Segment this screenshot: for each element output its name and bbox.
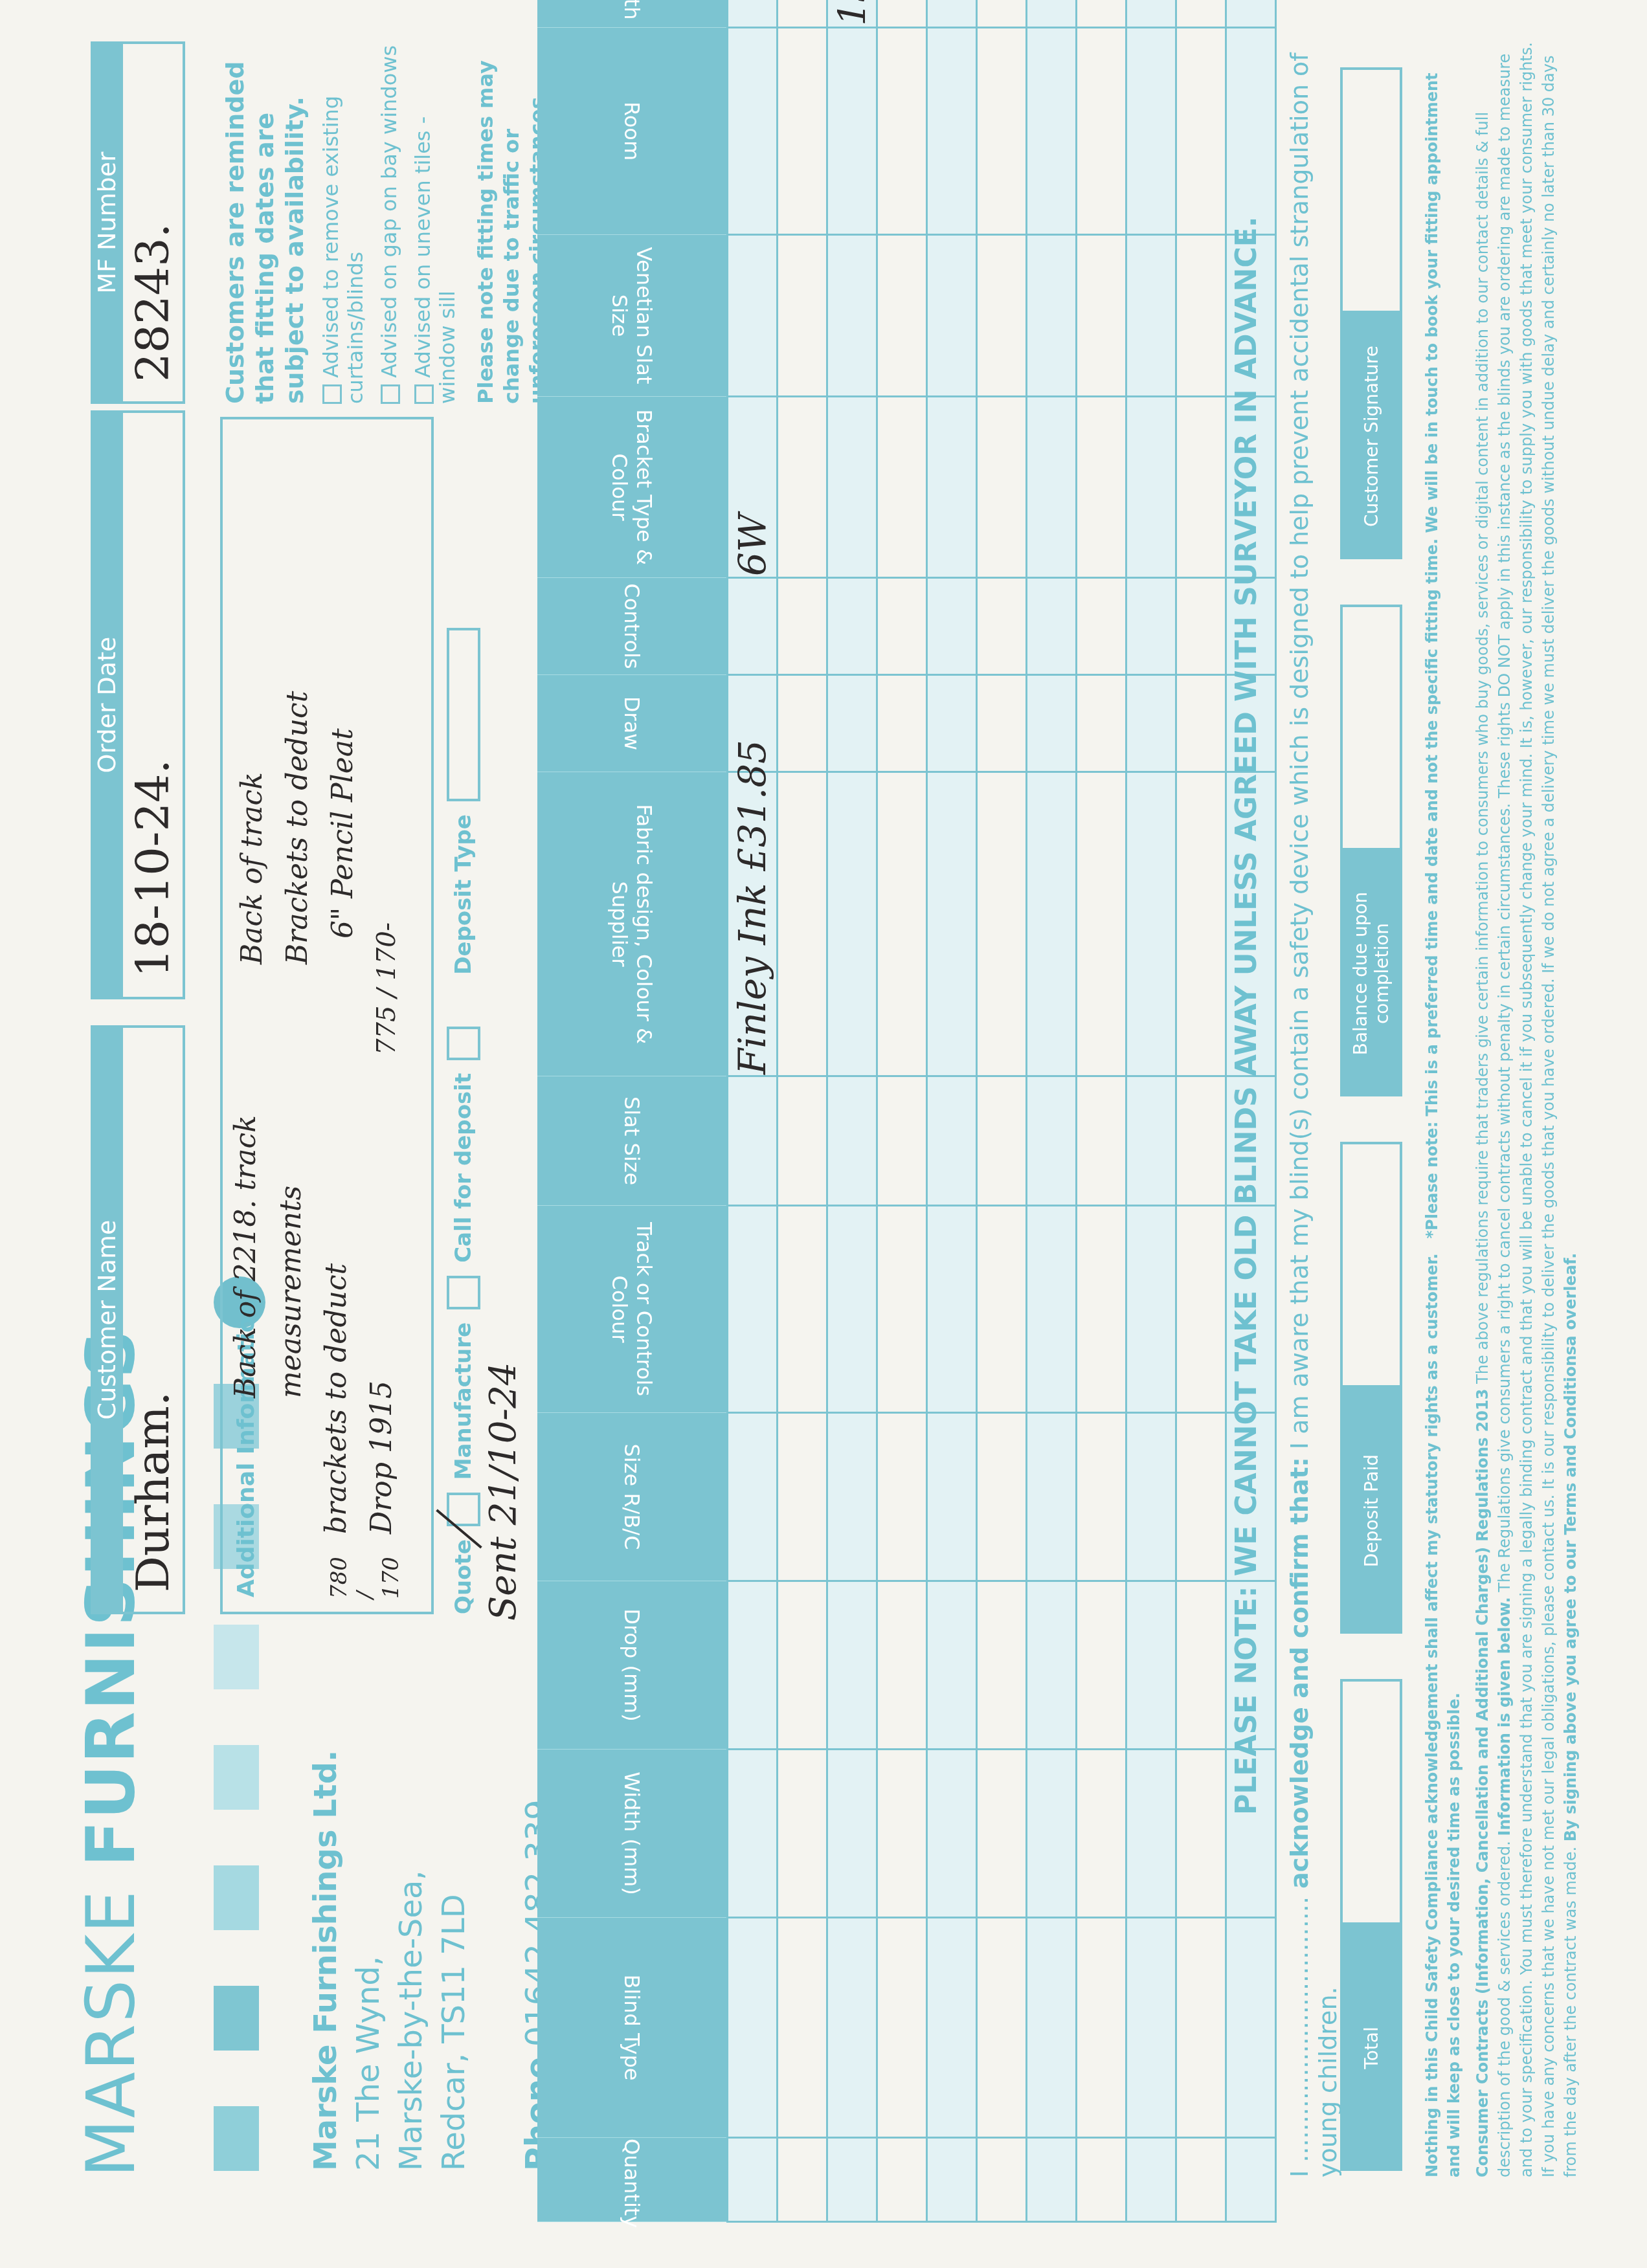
total-field[interactable] [1340,1679,1402,1925]
table-cell[interactable] [1126,2138,1176,2222]
table-cell[interactable] [877,1918,927,2138]
table-cell[interactable] [1126,28,1176,235]
option-label: Advised on gap on bay windows [377,45,401,378]
table-cell[interactable] [977,235,1027,397]
table-cell[interactable] [1176,397,1226,578]
table-cell[interactable] [1027,397,1077,578]
table-cell[interactable] [1027,1750,1077,1918]
column-header: Quantity [537,2138,728,2222]
column-header-label: Quantity [620,2139,644,2221]
table-cell[interactable] [1126,675,1176,772]
table-cell[interactable] [1027,1581,1077,1750]
table-cell[interactable] [877,28,927,235]
info-bold: Information is given below. [1496,1597,1514,1836]
table-cell[interactable] [1077,235,1126,397]
manufacture-label: Manufacture [451,1322,476,1480]
legal-text: Nothing in this Child Safety Compliance … [1421,41,1582,2177]
option-checkbox[interactable] [381,384,400,404]
table-cell[interactable] [1027,1413,1077,1581]
call-for-deposit-checkbox[interactable] [447,1027,480,1060]
table-cell[interactable] [977,1918,1027,2138]
table-cell[interactable] [977,1206,1027,1413]
table-cell[interactable] [778,28,827,235]
table-cell[interactable]: 13m. [827,0,877,28]
table-cell[interactable] [927,235,977,397]
table-cell[interactable] [927,772,977,1076]
table-cell[interactable] [1226,0,1276,28]
order-date-box: Order Date 18-10-24. [91,410,188,999]
table-cell[interactable] [1027,0,1077,28]
table-body: Finley Ink £31.856W£420-£492.0813m.£130- [728,0,1276,2222]
column-header: Drop (mm) [537,1581,728,1750]
table-cell[interactable] [1176,1750,1226,1918]
column-header-label: Venetian Slat Size [607,236,656,395]
table-cell[interactable] [827,1206,877,1413]
call-for-deposit-label: Call for deposit [451,1073,476,1263]
table-cell[interactable] [877,397,927,578]
table-cell[interactable] [1077,1076,1126,1206]
table-cell[interactable] [728,2138,778,2222]
column-header-label: Size R/B/C [620,1414,644,1580]
table-cell[interactable] [1126,1918,1176,2138]
table-cell[interactable] [778,397,827,578]
table-cell[interactable] [1176,2138,1226,2222]
table-cell[interactable] [778,1413,827,1581]
table-cell[interactable] [1126,397,1176,578]
table-cell[interactable] [1176,772,1226,1076]
table-cell[interactable] [1027,1918,1077,2138]
deposit-paid-box: Deposit Paid [1340,1142,1402,1634]
customer-name-field[interactable]: Durham. [123,1025,185,1614]
table-cell[interactable] [1077,0,1126,28]
deposit-paid-label: Deposit Paid [1340,1388,1402,1634]
address-line: 21 The Wynd, [347,1750,390,2171]
table-row [1027,0,1077,2222]
mf-number-label: MF Number [91,41,123,404]
column-header: Control Length [537,0,728,28]
ack-bold: acknowledge and confirm that: [1285,1457,1314,1889]
column-header-label: Drop (mm) [620,1582,644,1748]
company-address: Marske Furnishings Ltd. 21 The Wynd, Mar… [304,1750,475,2171]
table-cell[interactable] [877,2138,927,2222]
column-header: Width (mm) [537,1750,728,1918]
table-cell[interactable] [778,0,827,28]
column-header-label: Fabric design, Colour & Supplier [607,773,656,1075]
table-cell[interactable] [827,1750,877,1918]
table-cell[interactable] [728,235,778,397]
column-header: Room [537,28,728,235]
table-cell[interactable] [1176,0,1226,28]
reminder-heading: Customers are reminded that fitting date… [220,41,309,404]
table-cell[interactable] [877,1076,927,1206]
column-header-label: Slat Size [620,1077,644,1205]
table-cell[interactable] [927,397,977,578]
column-header: Draw [537,675,728,772]
deposit-type-field[interactable] [447,628,480,801]
table-cell[interactable] [827,397,877,578]
table-row: 13m.£130- [827,0,877,2222]
table-cell[interactable] [1077,28,1126,235]
table-cell[interactable] [927,1918,977,2138]
table-cell[interactable] [1126,235,1176,397]
table-cell[interactable] [1077,397,1126,578]
address-line: Redcar, TS11 7LD [432,1750,475,2171]
table-cell[interactable] [877,0,927,28]
column-header: Track or Controls Colour [537,1206,728,1413]
table-cell[interactable] [1027,675,1077,772]
table-row: Finley Ink £31.856W£420- [728,0,778,2222]
table-cell[interactable] [728,1413,778,1581]
regulations-title: Consumer Contracts (Information, Cancell… [1473,1389,1492,2177]
table-cell[interactable] [1077,1750,1126,1918]
column-header-label: Controls [620,579,644,674]
table-cell[interactable] [1027,772,1077,1076]
handwritten-note: Brackets to deduct [281,691,314,964]
table-cell[interactable] [778,578,827,675]
table-cell[interactable] [877,1206,927,1413]
table-cell[interactable]: 6W [728,397,778,578]
table-cell[interactable] [778,772,827,1076]
quote-label: Quote [451,1539,476,1614]
balance-label: Balance due upon completion [1340,850,1402,1096]
table-row [1126,0,1176,2222]
terms-agreement: By signing above you agree to our Terms … [1562,1253,1580,1842]
mf-number-box: MF Number 28243. [91,41,188,404]
column-header: Venetian Slat Size [537,235,728,397]
table-cell[interactable] [1027,235,1077,397]
statutory-rights-note: Nothing in this Child Safety Compliance … [1423,1253,1441,2177]
table-cell[interactable] [1176,675,1226,772]
table-cell[interactable] [827,2138,877,2222]
handwritten-note: Back of 2218. track [229,1115,262,1398]
table-cell[interactable] [1077,1581,1126,1750]
table-cell[interactable] [927,1750,977,1918]
column-header: Size R/B/C [537,1413,728,1581]
table-cell[interactable] [977,675,1027,772]
table-row [877,0,927,2222]
handwritten-note: measurements [274,1186,308,1398]
customer-name-label: Customer Name [91,1025,123,1614]
table-cell[interactable] [1027,2138,1077,2222]
table-cell[interactable] [877,1750,927,1918]
table-cell[interactable] [827,28,877,235]
manufacture-checkbox[interactable] [447,1276,480,1309]
table-cell[interactable] [927,675,977,772]
table-cell[interactable] [1176,1918,1226,2138]
column-header-label: Track or Controls Colour [607,1206,656,1412]
table-cell[interactable] [977,397,1027,578]
table-cell[interactable] [827,578,877,675]
handwritten-note: brackets to deduct [320,1263,353,1534]
table-cell[interactable] [977,28,1027,235]
column-header-label: Bracket Type & Colour [607,397,656,577]
table-cell[interactable] [728,1076,778,1206]
column-header-label: Room [620,28,644,234]
table-cell[interactable] [1027,1206,1077,1413]
signature-label: Customer Signature [1340,313,1402,559]
table-cell[interactable] [927,1206,977,1413]
option-checkbox[interactable] [322,384,342,404]
table-cell[interactable] [1126,1581,1176,1750]
table-cell[interactable] [927,28,977,235]
table-row [1077,0,1126,2222]
table-cell[interactable] [977,1750,1027,1918]
table-cell[interactable] [877,675,927,772]
column-header: Bracket Type & Colour [537,397,728,578]
column-header-label: Control Length [620,0,644,27]
table-cell[interactable] [1126,1206,1176,1413]
table-cell[interactable] [927,1581,977,1750]
table-cell[interactable] [827,1413,877,1581]
table-cell[interactable] [827,235,877,397]
table-cell[interactable] [728,1206,778,1413]
table-cell[interactable] [778,2138,827,2222]
table-cell[interactable] [1077,578,1126,675]
sent-note: Sent 21/10-24 [482,1362,524,1621]
table-cell[interactable] [1226,1918,1276,2138]
table-cell[interactable] [827,1581,877,1750]
table-cell[interactable] [728,1581,778,1750]
table-cell[interactable] [827,1076,877,1206]
table-cell[interactable] [977,1581,1027,1750]
table-cell[interactable] [1226,2138,1276,2222]
table-cell[interactable] [827,675,877,772]
table-cell[interactable] [1126,1413,1176,1581]
table-cell[interactable] [1176,578,1226,675]
table-cell[interactable] [977,1413,1027,1581]
column-header: Blind Type [537,1918,728,2138]
table-cell[interactable] [927,0,977,28]
table-cell[interactable] [778,1076,827,1206]
table-cell[interactable] [827,772,877,1076]
column-header-label: Blind Type [620,1918,644,2137]
table-row [1176,0,1226,2222]
table-cell[interactable] [977,1076,1027,1206]
table-cell[interactable] [1027,1076,1077,1206]
table-cell[interactable] [1126,772,1176,1076]
address-line: Marske-by-the-Sea, [390,1750,432,2171]
handwritten-note: 780 / 170 [326,1547,404,1599]
balance-field[interactable] [1340,605,1402,850]
option-checkbox[interactable] [414,384,434,404]
table-cell[interactable] [927,1076,977,1206]
table-cell[interactable] [1126,578,1176,675]
table-cell[interactable] [728,1918,778,2138]
table-cell[interactable] [1027,28,1077,235]
table-cell[interactable] [728,0,778,28]
table-cell[interactable] [778,1206,827,1413]
handwritten-note: 775 / 170- [372,922,401,1055]
signature-box: Customer Signature [1340,67,1402,559]
table-cell[interactable] [728,28,778,235]
option-label: Advised to remove existing curtains/blin… [319,96,368,404]
order-status-checks: Quote Manufacture Call for deposit Depos… [447,628,480,1614]
total-box: Total [1340,1679,1402,2171]
table-header-row: QuantityBlind TypeWidth (mm)Drop (mm)Siz… [537,0,728,2222]
customer-name-box: Customer Name Durham. [91,1025,188,1614]
table-cell[interactable] [877,578,927,675]
order-form-sheet: MARSKE FURNISHINGS Marske Furnishings Lt… [0,0,1647,2268]
table-cell[interactable] [877,1581,927,1750]
table-cell[interactable] [977,772,1027,1076]
handwritten-note: Drop 1915 [365,1381,398,1534]
table-cell[interactable] [977,2138,1027,2222]
table-cell[interactable] [877,772,927,1076]
table-cell[interactable] [778,235,827,397]
table-cell[interactable]: Finley Ink £31.85 [728,772,778,1076]
table-cell[interactable] [778,675,827,772]
option-label: Advised on uneven tiles - window sill [410,117,460,404]
table-cell[interactable] [1176,1413,1226,1581]
brand-light: MARSKE [71,1889,150,2177]
total-label: Total [1340,1925,1402,2171]
table-cell[interactable] [778,1918,827,2138]
order-date-field[interactable]: 18-10-24. [123,410,185,999]
balance-box: Balance due upon completion [1340,605,1402,1096]
table-cell[interactable] [728,1750,778,1918]
table-cell[interactable] [1077,675,1126,772]
company-name: Marske Furnishings Ltd. [304,1750,347,2171]
table-cell[interactable] [1077,1413,1126,1581]
quote-checkbox[interactable] [447,1493,480,1526]
table-cell[interactable] [778,1750,827,1918]
table-cell[interactable] [1176,28,1226,235]
column-header: Slat Size [537,1076,728,1206]
table-cell[interactable] [1176,1581,1226,1750]
table-cell[interactable] [778,1581,827,1750]
name-blank[interactable]: I .................................. [1285,1896,1314,2177]
column-header: Controls [537,578,728,675]
table-cell[interactable] [728,578,778,675]
table-cell[interactable] [927,578,977,675]
table-cell[interactable] [1027,578,1077,675]
table-cell[interactable] [1176,1206,1226,1413]
old-blinds-notice: PLEASE NOTE: WE CANNOT TAKE OLD BLINDS A… [1230,217,1263,1816]
signature-field[interactable] [1340,67,1402,313]
handwritten-note: 6" Pencil Pleat [326,728,359,939]
table-cell[interactable] [1176,235,1226,397]
table-cell[interactable] [827,1918,877,2138]
table-cell[interactable] [927,2138,977,2222]
table-cell[interactable] [1077,772,1126,1076]
table-cell[interactable] [1077,1206,1126,1413]
mf-number-field[interactable]: 28243. [123,41,185,404]
table-row: £492.08 [778,0,827,2222]
deposit-paid-field[interactable] [1340,1142,1402,1388]
table-row [977,0,1027,2222]
child-safety-acknowledgement: I .................................. ack… [1285,0,1342,2177]
table-row [927,0,977,2222]
additional-info-box[interactable]: Additional Information Back of 2218. tra… [220,417,434,1614]
order-date-label: Order Date [91,410,123,999]
column-header-label: Draw [620,676,644,771]
table-cell[interactable] [927,1413,977,1581]
table-cell[interactable] [1077,2138,1126,2222]
table-cell[interactable] [1176,1076,1226,1206]
column-header: Fabric design, Colour & Supplier [537,772,728,1076]
table-cell[interactable] [1226,28,1276,235]
table-cell[interactable] [1126,1750,1176,1918]
table-cell[interactable] [877,235,927,397]
table-cell[interactable] [977,0,1027,28]
column-header-label: Width (mm) [620,1750,644,1917]
fitting-reminders: Customers are reminded that fitting date… [220,41,550,404]
handwritten-note: Back of track [236,772,269,964]
table-cell[interactable] [1126,0,1176,28]
table-cell[interactable] [977,578,1027,675]
deposit-type-label: Deposit Type [451,814,476,975]
order-items-table: QuantityBlind TypeWidth (mm)Drop (mm)Siz… [537,41,1277,2223]
table-cell[interactable] [1126,1076,1176,1206]
table-cell[interactable] [1077,1918,1126,2138]
table-cell[interactable] [877,1413,927,1581]
